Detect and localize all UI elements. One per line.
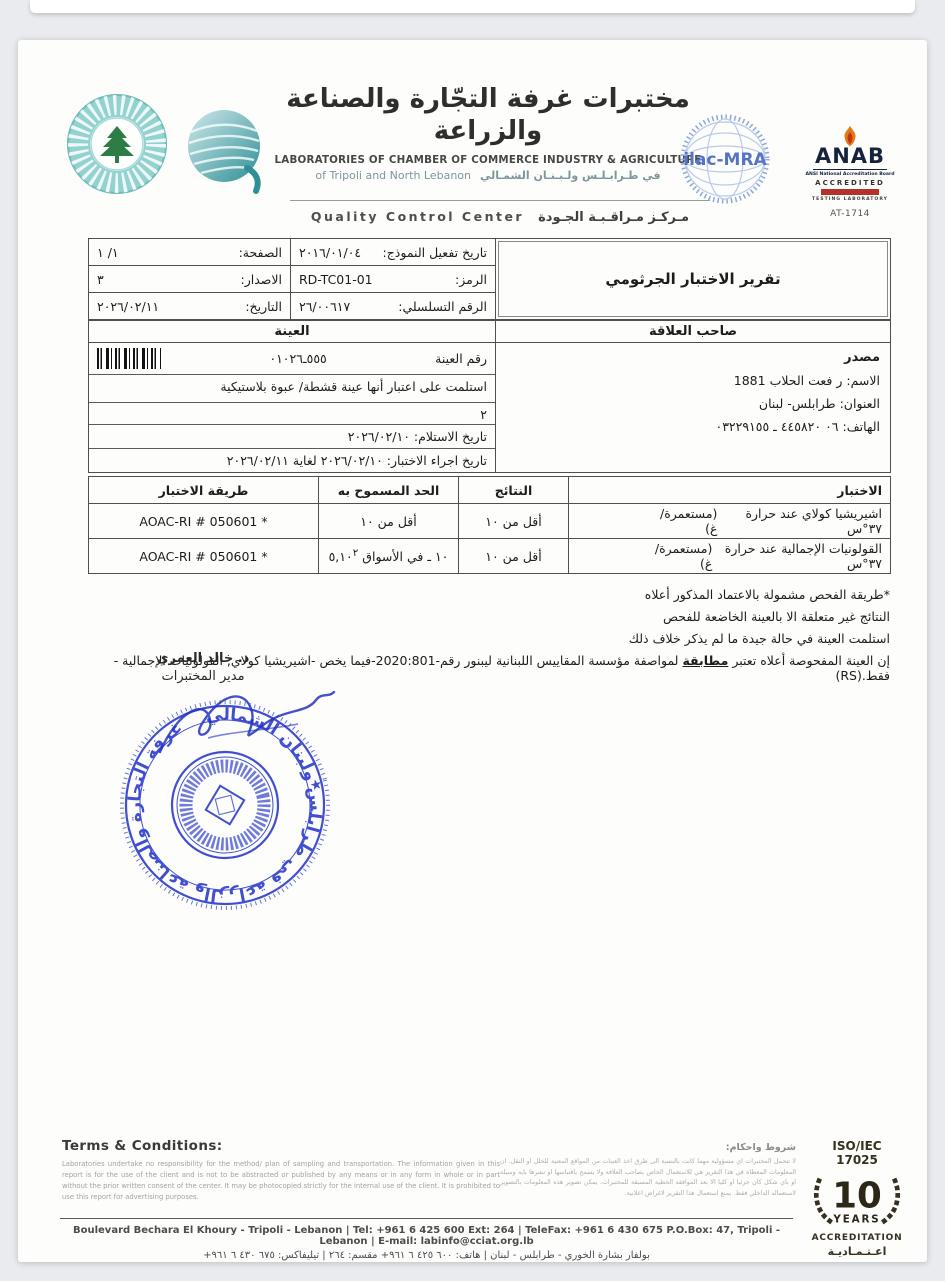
report-date-label: التاريخ:	[245, 299, 282, 314]
scanned-report-screen: مختبرات غرفة التجّارة والصناعة والزراعة …	[0, 0, 945, 1281]
test-name: اشيريشيا كولاي عند حرارة ٣٧°س	[717, 506, 882, 536]
results-header-row: الاختبار النتائج الحد المسموح به طريقة ا…	[89, 477, 891, 504]
report-title: تقرير الاختبار الجرثومي	[496, 239, 891, 320]
document-code-label: الرمز:	[455, 272, 487, 287]
org-subtitle-arabic: في طـرابـلـس ولـبـنـان الشمـالي	[480, 169, 661, 182]
version-cell: الاصدار:٣	[89, 266, 291, 293]
terms-body-english: Laboratories undertake no responsibility…	[62, 1159, 500, 1203]
meta-table: تقرير الاختبار الجرثومي تاريخ تفعيل النم…	[88, 238, 891, 320]
serial-number-value: ٢٦/٠٠٦١٧	[299, 299, 350, 314]
terms-body-arabic: لا تتحمل المختبرات اي مسؤولية مهما كانت …	[500, 1157, 796, 1200]
col-header-result: النتائج	[459, 477, 569, 504]
svg-text:YEARS: YEARS	[832, 1213, 880, 1225]
party-name: الاسم: ر فعت الحلاب 1881	[504, 373, 880, 388]
anab-flame-icon	[842, 126, 858, 146]
signatory-name: د. خالد العمري	[118, 650, 288, 668]
org-title-arabic: مختبرات غرفة التجّارة والصناعة والزراعة	[268, 84, 708, 147]
receipt-date-row: تاريخ الاستلام: ٢٠٢٦/٠٢/١٠	[89, 425, 495, 449]
party-address: العنوان: طرابلس- لبنان	[504, 396, 880, 411]
conformity-verdict: مطابقة	[682, 653, 728, 668]
qcc-title-arabic: مـركـز مـراقـبـة الجـودة	[538, 210, 689, 225]
cciat-medallion-logo	[65, 92, 169, 196]
party-type: مصدر	[504, 350, 880, 365]
iso-line1: ISO/IEC	[798, 1140, 916, 1154]
form-activation-date-value: ٢٠١٦/٠١/٠٤	[299, 245, 361, 260]
sample-number-label: رقم العينة	[435, 351, 487, 366]
sample-number-row: رقم العينة ٥٥٥ـ٠١٠٢٦	[89, 343, 495, 375]
globe-logo	[184, 106, 268, 196]
limit-value: ١٠ ـ في الأسواق ٥,١٠٢	[319, 539, 459, 574]
col-header-method: طريقة الاختبار	[89, 477, 319, 504]
method-value: AOAC-RI # 050601 *	[89, 539, 319, 574]
col-header-test: الاختبار	[569, 477, 891, 504]
result-value: أقل من ١٠	[459, 539, 569, 574]
anab-red-banner	[821, 189, 879, 195]
results-table: الاختبار النتائج الحد المسموح به طريقة ا…	[88, 476, 891, 574]
document-code-value: RD-TC01-01	[299, 272, 373, 287]
ilac-mra-logo: ilac-MRA	[678, 112, 773, 207]
party-sample-table: صاحب العلاقة العينة مصدر الاسم: ر فعت ال…	[88, 320, 891, 473]
version-value: ٣	[97, 272, 104, 287]
limit-value: أقل من ١٠	[319, 504, 459, 539]
anab-accredited-text: ACCREDITED	[790, 179, 910, 187]
report-date-cell: التاريخ:٢٠٢٦/٠٢/١١	[89, 293, 291, 320]
sample-number-value: ٥٥٥ـ٠١٠٢٦	[269, 351, 326, 366]
test-unit: (مستعمرة/غ)	[652, 541, 712, 571]
signature-scribble	[148, 680, 343, 785]
result-value: أقل من ١٠	[459, 504, 569, 539]
anab-lab-type: TESTING LABORATORY	[790, 197, 910, 202]
anab-logo: ANAB ANSI National Accreditation Board A…	[790, 126, 910, 219]
test-unit: (مستعمرة/غ)	[652, 506, 717, 536]
org-subtitle-english: of Tripoli and North Lebanon	[315, 169, 471, 182]
note-accreditation: *طريقة الفحص مشمولة بالاعتماد المذكور أع…	[88, 587, 890, 602]
col-header-limit: الحد المسموح به	[319, 477, 459, 504]
version-label: الاصدار:	[241, 272, 283, 287]
anab-name: ANAB	[790, 146, 910, 167]
serial-number-cell: الرقم التسلسلي:٢٦/٠٠٦١٧	[291, 293, 496, 320]
previous-page-edge	[30, 0, 915, 13]
note-sample-condition: استلمت العينة في حالة جيدة ما لم يذكر خل…	[88, 631, 890, 646]
sample-quantity-row: ٢	[89, 403, 495, 425]
anab-cert-number: AT-1714	[790, 209, 910, 219]
party-header: صاحب العلاقة	[496, 321, 891, 343]
test-name: القولونيات الإجمالية عند حرارة ٣٧°س	[712, 541, 882, 571]
terms-heading-arabic: شروط واحكام:	[500, 1142, 796, 1153]
report-page: مختبرات غرفة التجّارة والصناعة والزراعة …	[18, 40, 927, 1262]
method-value: AOAC-RI # 050601 *	[89, 504, 319, 539]
barcode-icon	[97, 348, 161, 369]
anab-board-text: ANSI National Accreditation Board	[790, 172, 910, 177]
page-number-cell: الصفحة:١/ ١	[89, 239, 291, 266]
terms-english: Terms & Conditions: Laboratories underta…	[62, 1138, 500, 1203]
party-info-cell: مصدر الاسم: ر فعت الحلاب 1881 العنوان: ط…	[496, 343, 891, 473]
serial-number-label: الرقم التسلسلي:	[398, 299, 487, 314]
svg-text:10: 10	[832, 1175, 882, 1216]
org-title-english: LABORATORIES OF CHAMBER OF COMMERCE INDU…	[268, 154, 708, 166]
form-activation-date-cell: تاريخ تفعيل النموذج:٢٠١٦/٠١/٠٤	[291, 239, 496, 266]
test-period-row: تاريخ اجراء الاختبار: ٢٠٢٦/٠٢/١٠ لغاية ٢…	[89, 449, 495, 472]
table-row: اشيريشيا كولاي عند حرارة ٣٧°س(مستعمرة/غ)…	[89, 504, 891, 539]
terms-arabic: شروط واحكام: لا تتحمل المختبرات اي مسؤول…	[500, 1142, 796, 1200]
document-body: تقرير الاختبار الجرثومي تاريخ تفعيل النم…	[88, 238, 890, 690]
org-subtitle: of Tripoli and North Lebanon في طـرابـلـ…	[268, 169, 708, 182]
party-phone: الهاتف: ٠٦ ٤٤٥٨٢٠ ـ ٠٣٢٢٩١٥٥	[504, 419, 880, 434]
form-activation-date-label: تاريخ تفعيل النموذج:	[383, 245, 487, 260]
quality-control-center-title: Quality Control Center مـركـز مـراقـبـة …	[290, 200, 710, 225]
iso-17025-logo: ISO/IEC 17025 10 YEARS ACCREDITATION اعـ…	[798, 1140, 916, 1258]
page-number-value: ١/ ١	[97, 245, 119, 260]
table-row: القولونيات الإجمالية عند حرارة ٣٧°س(مستع…	[89, 539, 891, 574]
sample-info-cell: رقم العينة ٥٥٥ـ٠١٠٢٦ استلمت على اعتبار أ…	[89, 343, 496, 473]
footer-address-english: Boulevard Bechara El Khoury - Tripoli - …	[60, 1225, 793, 1247]
sample-header: العينة	[89, 321, 496, 343]
sample-description-row: استلمت على اعتبار أنها عينة قشطة/ عبوة ب…	[89, 375, 495, 403]
page-number-label: الصفحة:	[239, 245, 282, 260]
terms-heading-english: Terms & Conditions:	[62, 1138, 500, 1154]
qcc-title-english: Quality Control Center	[311, 209, 524, 224]
document-code-cell: الرمز:RD-TC01-01	[291, 266, 496, 293]
ilac-mra-label: ilac-MRA	[683, 150, 767, 170]
iso-line2: 17025	[798, 1154, 916, 1168]
report-date-value: ٢٠٢٦/٠٢/١١	[97, 299, 159, 314]
iso-accreditation-text: ACCREDITATION	[798, 1233, 916, 1243]
organization-title-block: مختبرات غرفة التجّارة والصناعة والزراعة …	[268, 84, 708, 182]
footer-address-arabic: بولفار بشارة الخوري - طرابلس - لبنان | ه…	[60, 1250, 793, 1261]
anab-divider	[813, 169, 887, 170]
ten-years-laurel-icon: 10 YEARS	[805, 1168, 909, 1228]
iso-accreditation-arabic: اعـتـمـاديـة	[798, 1245, 916, 1258]
note-results-scope: النتائج غير متعلقة الا بالعينة الخاضعة ل…	[88, 609, 890, 624]
footer-address-bar: Boulevard Bechara El Khoury - Tripoli - …	[60, 1218, 793, 1261]
